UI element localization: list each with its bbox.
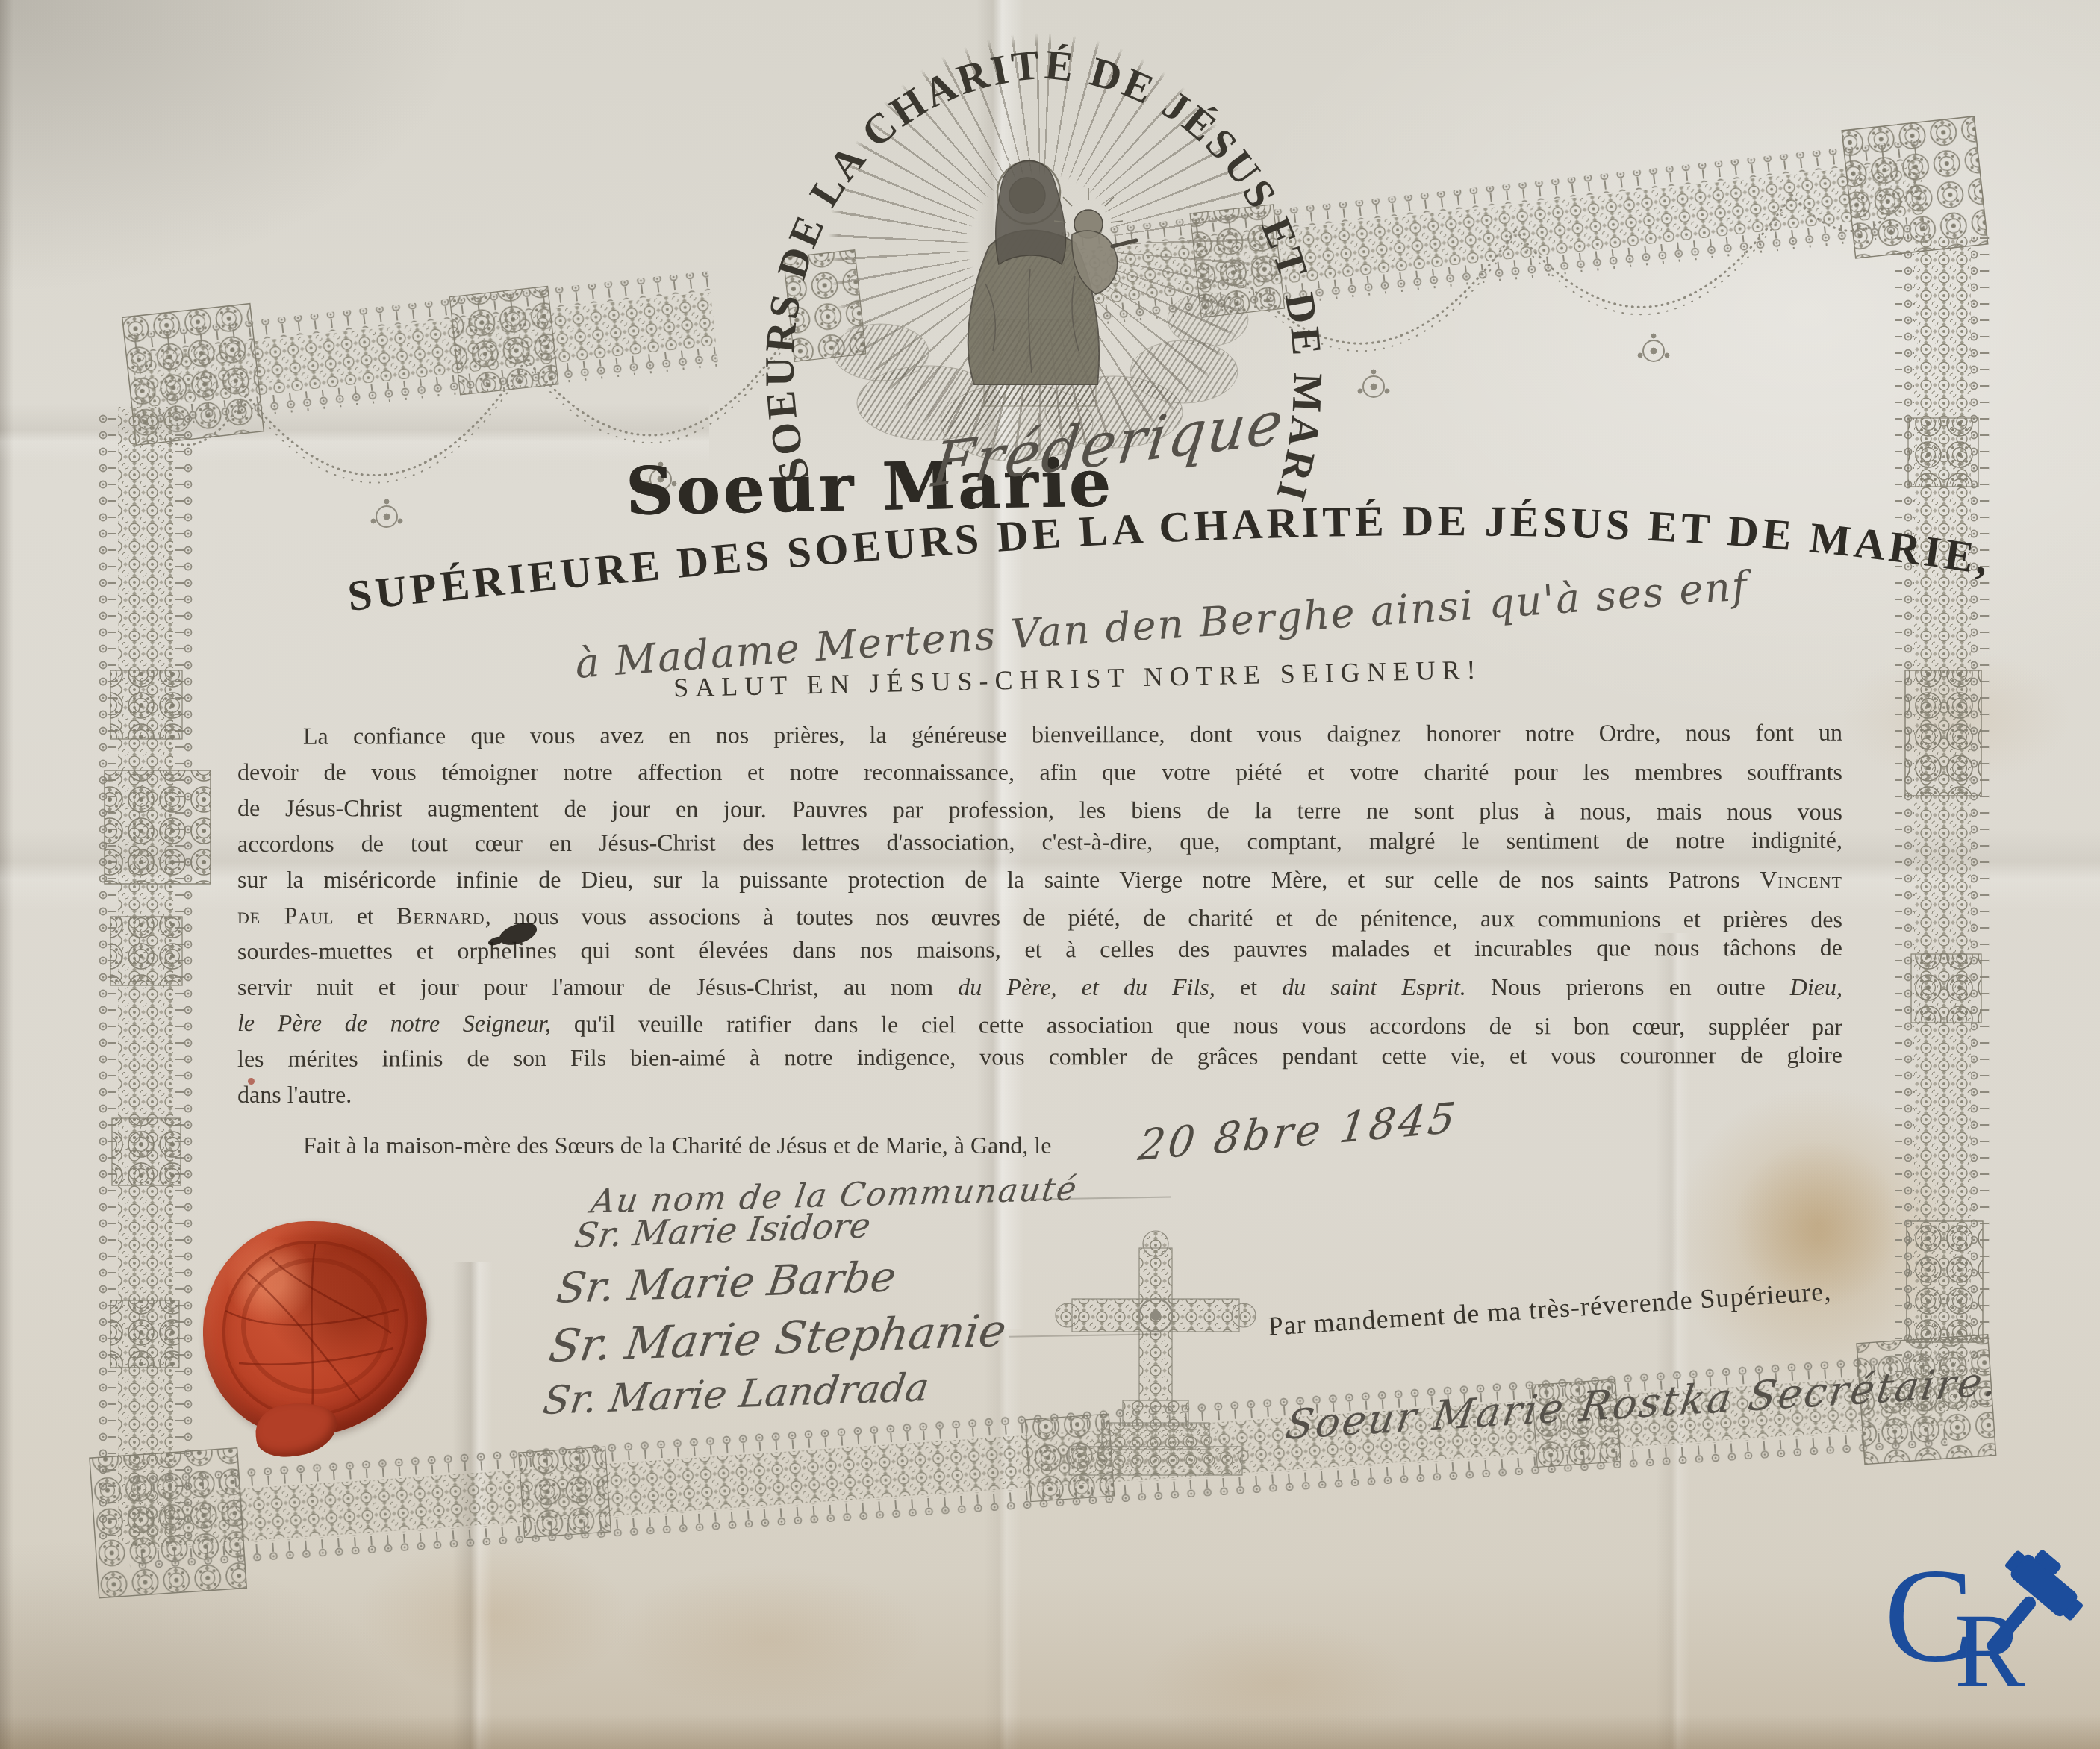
body-paragraph: La confiance que vous avez en nos prière… — [237, 718, 1842, 1112]
closing-printed: Fait à la maison-mère des Sœurs de la Ch… — [303, 1132, 1051, 1159]
body-line: devoir de vous témoigner notre affection… — [237, 754, 1842, 790]
body-line: sur la miséricorde infinie de Dieu, sur … — [237, 861, 1842, 897]
closing-line: Fait à la maison-mère des Sœurs de la Ch… — [237, 1115, 1880, 1164]
body-line: servir nuit et jour pour l'amour de Jésu… — [237, 969, 1842, 1005]
corner-rosette-bottom-left — [90, 1448, 246, 1598]
border-right-band — [1895, 237, 1990, 1411]
signature-name: Sr. Marie Barbe — [553, 1247, 1072, 1313]
cr-watermark: C R — [1880, 1551, 2100, 1749]
signature-list: Sr. Marie IsidoreSr. Marie BarbeSr. Mari… — [543, 1215, 1066, 1424]
wax-seal-cracks — [203, 1221, 427, 1436]
corner-rosette-top-right — [1842, 116, 1988, 258]
body-line: les mérites infinis de son Fils bien-aim… — [237, 1037, 1842, 1076]
body-line: dans l'autre. — [237, 1076, 1842, 1112]
red-ink-speck — [248, 1078, 255, 1085]
red-wax-seal — [203, 1221, 427, 1436]
body-line: sourdes-muettes et orphelines qui sont é… — [237, 929, 1842, 969]
signature-name: Sr. Marie Stephanie — [546, 1303, 1073, 1373]
body-line: La confiance que vous avez en nos prière… — [237, 714, 1842, 754]
gavel-icon — [1975, 1539, 2100, 1674]
document-photo: SOEURS DE LA CHARITÉ DE JÉSUS ET DE MARI… — [0, 0, 2100, 1749]
border-left-band — [99, 407, 211, 1544]
body-line: accordons de tout cœur en Jésus-Christ d… — [237, 822, 1842, 861]
